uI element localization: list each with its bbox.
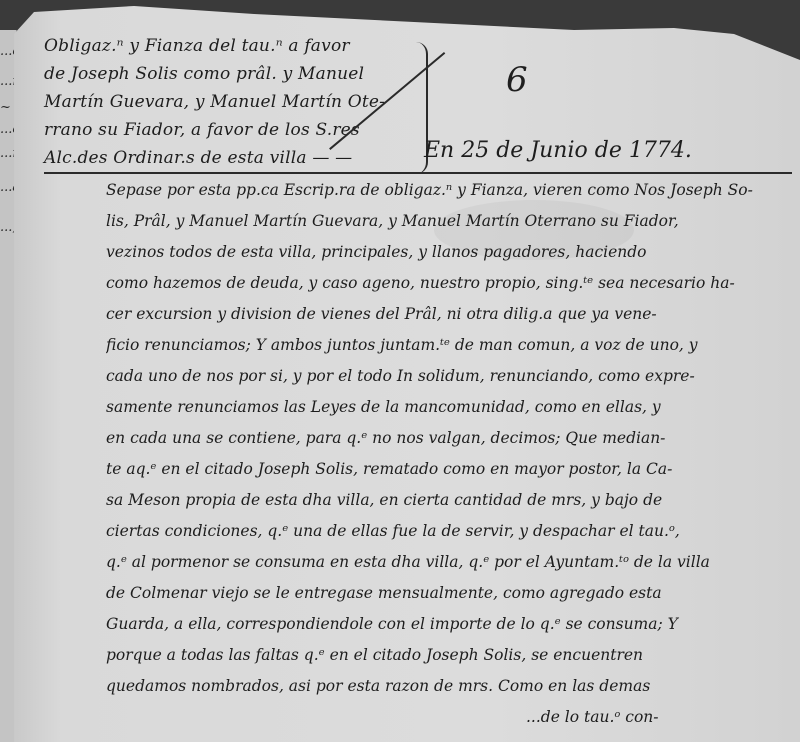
date-underline: [410, 172, 792, 174]
body-line: ficio renunciamos; Y ambos juntos juntam…: [106, 330, 800, 361]
body-line: samente renunciamos las Leyes de la manc…: [106, 392, 800, 423]
heading-line: rrano su Fiador, a favor de los S.res: [44, 116, 414, 144]
document-body: Sepase por esta pp.ca Escrip.ra de oblig…: [106, 175, 800, 733]
body-line: lis, Prâl, y Manuel Martín Guevara, y Ma…: [106, 206, 800, 237]
body-line: como hazemos de deuda, y caso ageno, nue…: [106, 268, 800, 299]
document-heading: Obligaz.ⁿ y Fianza del tau.ⁿ a favor de …: [44, 32, 414, 172]
heading-line: de Joseph Solis como prâl. y Manuel: [44, 60, 414, 88]
body-line: de Colmenar viejo se le entregase mensua…: [106, 578, 800, 609]
heading-line: Martín Guevara, y Manuel Martín Ote-: [44, 88, 414, 116]
body-line: vezinos todos de esta villa, principales…: [106, 237, 800, 268]
manuscript-page: Obligaz.ⁿ y Fianza del tau.ⁿ a favor de …: [14, 0, 800, 742]
heading-underline: [44, 172, 416, 174]
heading-line: Alc.des Ordinar.s de esta villa — —: [44, 144, 414, 172]
body-line: cer excursion y division de vienes del P…: [106, 299, 800, 330]
body-line: sa Meson propia de esta dha villa, en ci…: [106, 485, 800, 516]
body-line: q.ᵉ al pormenor se consuma en esta dha v…: [106, 547, 800, 578]
folio-number: 6: [506, 60, 528, 100]
body-line: te aq.ᵉ en el citado Joseph Solis, remat…: [106, 454, 800, 485]
body-line: Guarda, a ella, correspondiendole con el…: [106, 609, 800, 640]
body-line: quedamos nombrados, asi por esta razon d…: [106, 671, 800, 702]
body-line: Sepase por esta pp.ca Escrip.ra de oblig…: [106, 175, 800, 206]
body-line: cada uno de nos por si, y por el todo In…: [106, 361, 800, 392]
body-line: ...de lo tau.ᵒ con-: [106, 702, 800, 733]
body-line: porque a todas las faltas q.ᵉ en el cita…: [106, 640, 800, 671]
heading-line: Obligaz.ⁿ y Fianza del tau.ⁿ a favor: [44, 32, 414, 60]
body-line: ciertas condiciones, q.ᵉ una de ellas fu…: [106, 516, 800, 547]
body-line: en cada una se contiene, para q.ᵉ no nos…: [106, 423, 800, 454]
margin-fragment: ~: [0, 100, 11, 115]
document-date: En 25 de Junio de 1774.: [424, 138, 692, 163]
